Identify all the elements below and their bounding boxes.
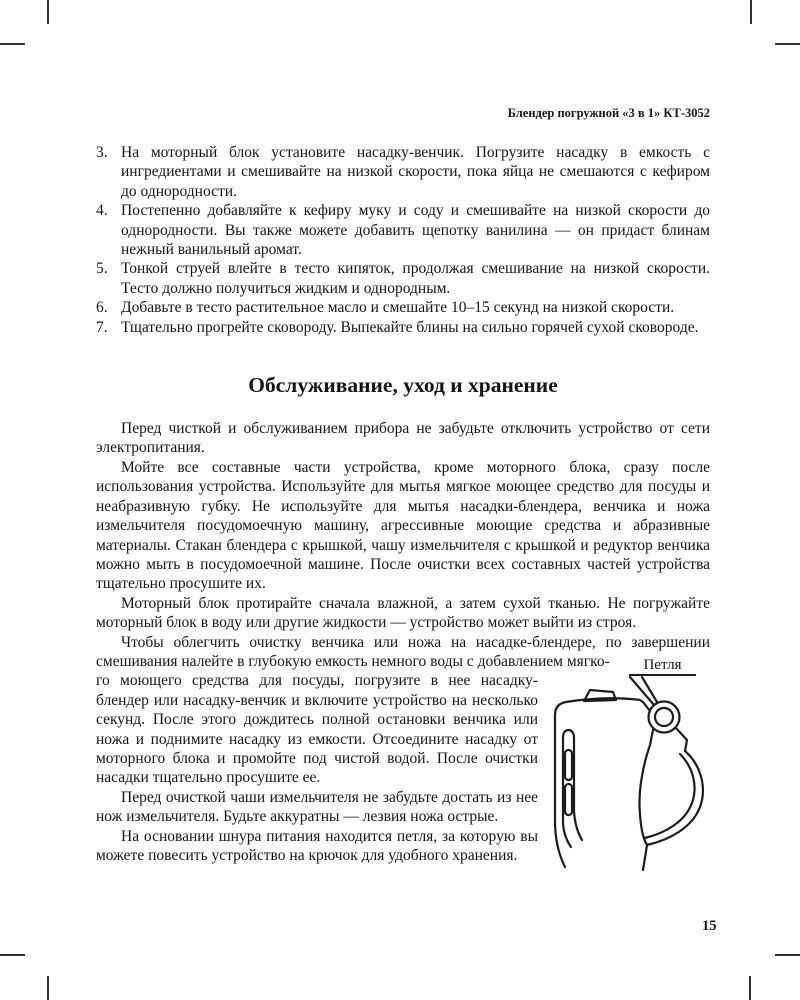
blender-figure: Петля <box>550 661 710 873</box>
manual-page: Блендер погружной «3 в 1» КТ-3052 3. На … <box>0 0 800 1000</box>
running-header: Блендер погружной «3 в 1» КТ-3052 <box>96 106 710 121</box>
crop-mark-icon <box>0 954 25 956</box>
list-item-text: На моторный блок установите насадку-венч… <box>121 144 710 200</box>
paragraph: Моторный блок протирайте сначала влажной… <box>96 594 710 633</box>
page-number: 15 <box>702 917 717 935</box>
list-item-text: Постепенно добавляйте к кефиру муку и со… <box>121 202 710 258</box>
crop-mark-icon <box>749 976 751 1000</box>
blender-motor-block-drawing-icon <box>550 661 710 873</box>
figure-label-loop: Петля <box>629 658 696 676</box>
crop-mark-icon <box>750 0 752 24</box>
paragraph: Перед чисткой и обслуживанием прибора не… <box>96 419 710 458</box>
section-body: Перед чисткой и обслуживанием прибора не… <box>96 419 710 865</box>
text-with-figure: Петля го моющего средства для посуды, по… <box>96 671 710 865</box>
list-item: 4. Постепенно добавляйте к кефиру муку и… <box>96 201 710 259</box>
list-item: 3. На моторный блок установите насадку-в… <box>96 143 710 201</box>
crop-mark-icon <box>47 976 49 1000</box>
list-item-number: 6. <box>96 298 108 317</box>
list-item-number: 3. <box>96 143 108 162</box>
list-item: 5. Тонкой струей влейте в тесто кипяток,… <box>96 259 710 298</box>
paragraph: Мойте все составные части устройства, кр… <box>96 458 710 594</box>
list-item-number: 4. <box>96 201 108 220</box>
list-item-number: 7. <box>96 318 108 337</box>
crop-mark-icon <box>775 954 800 956</box>
list-item-text: Добавьте в тесто растительное масло и см… <box>121 299 674 316</box>
crop-mark-icon <box>47 0 49 24</box>
section-title: Обслуживание, уход и хранение <box>96 373 710 397</box>
list-item-text: Тщательно прогрейте сковороду. Выпекайте… <box>121 319 698 336</box>
list-item: 6. Добавьте в тесто растительное масло и… <box>96 298 710 317</box>
crop-mark-icon <box>775 43 800 45</box>
list-item-text: Тонкой струей влейте в тесто кипяток, пр… <box>121 260 710 296</box>
list-item: 7. Тщательно прогрейте сковороду. Выпека… <box>96 318 710 337</box>
list-item-number: 5. <box>96 259 108 278</box>
text-column: Блендер погружной «3 в 1» КТ-3052 3. На … <box>96 0 710 875</box>
instruction-list: 3. На моторный блок установите насадку-в… <box>96 143 710 337</box>
crop-mark-icon <box>0 43 25 45</box>
